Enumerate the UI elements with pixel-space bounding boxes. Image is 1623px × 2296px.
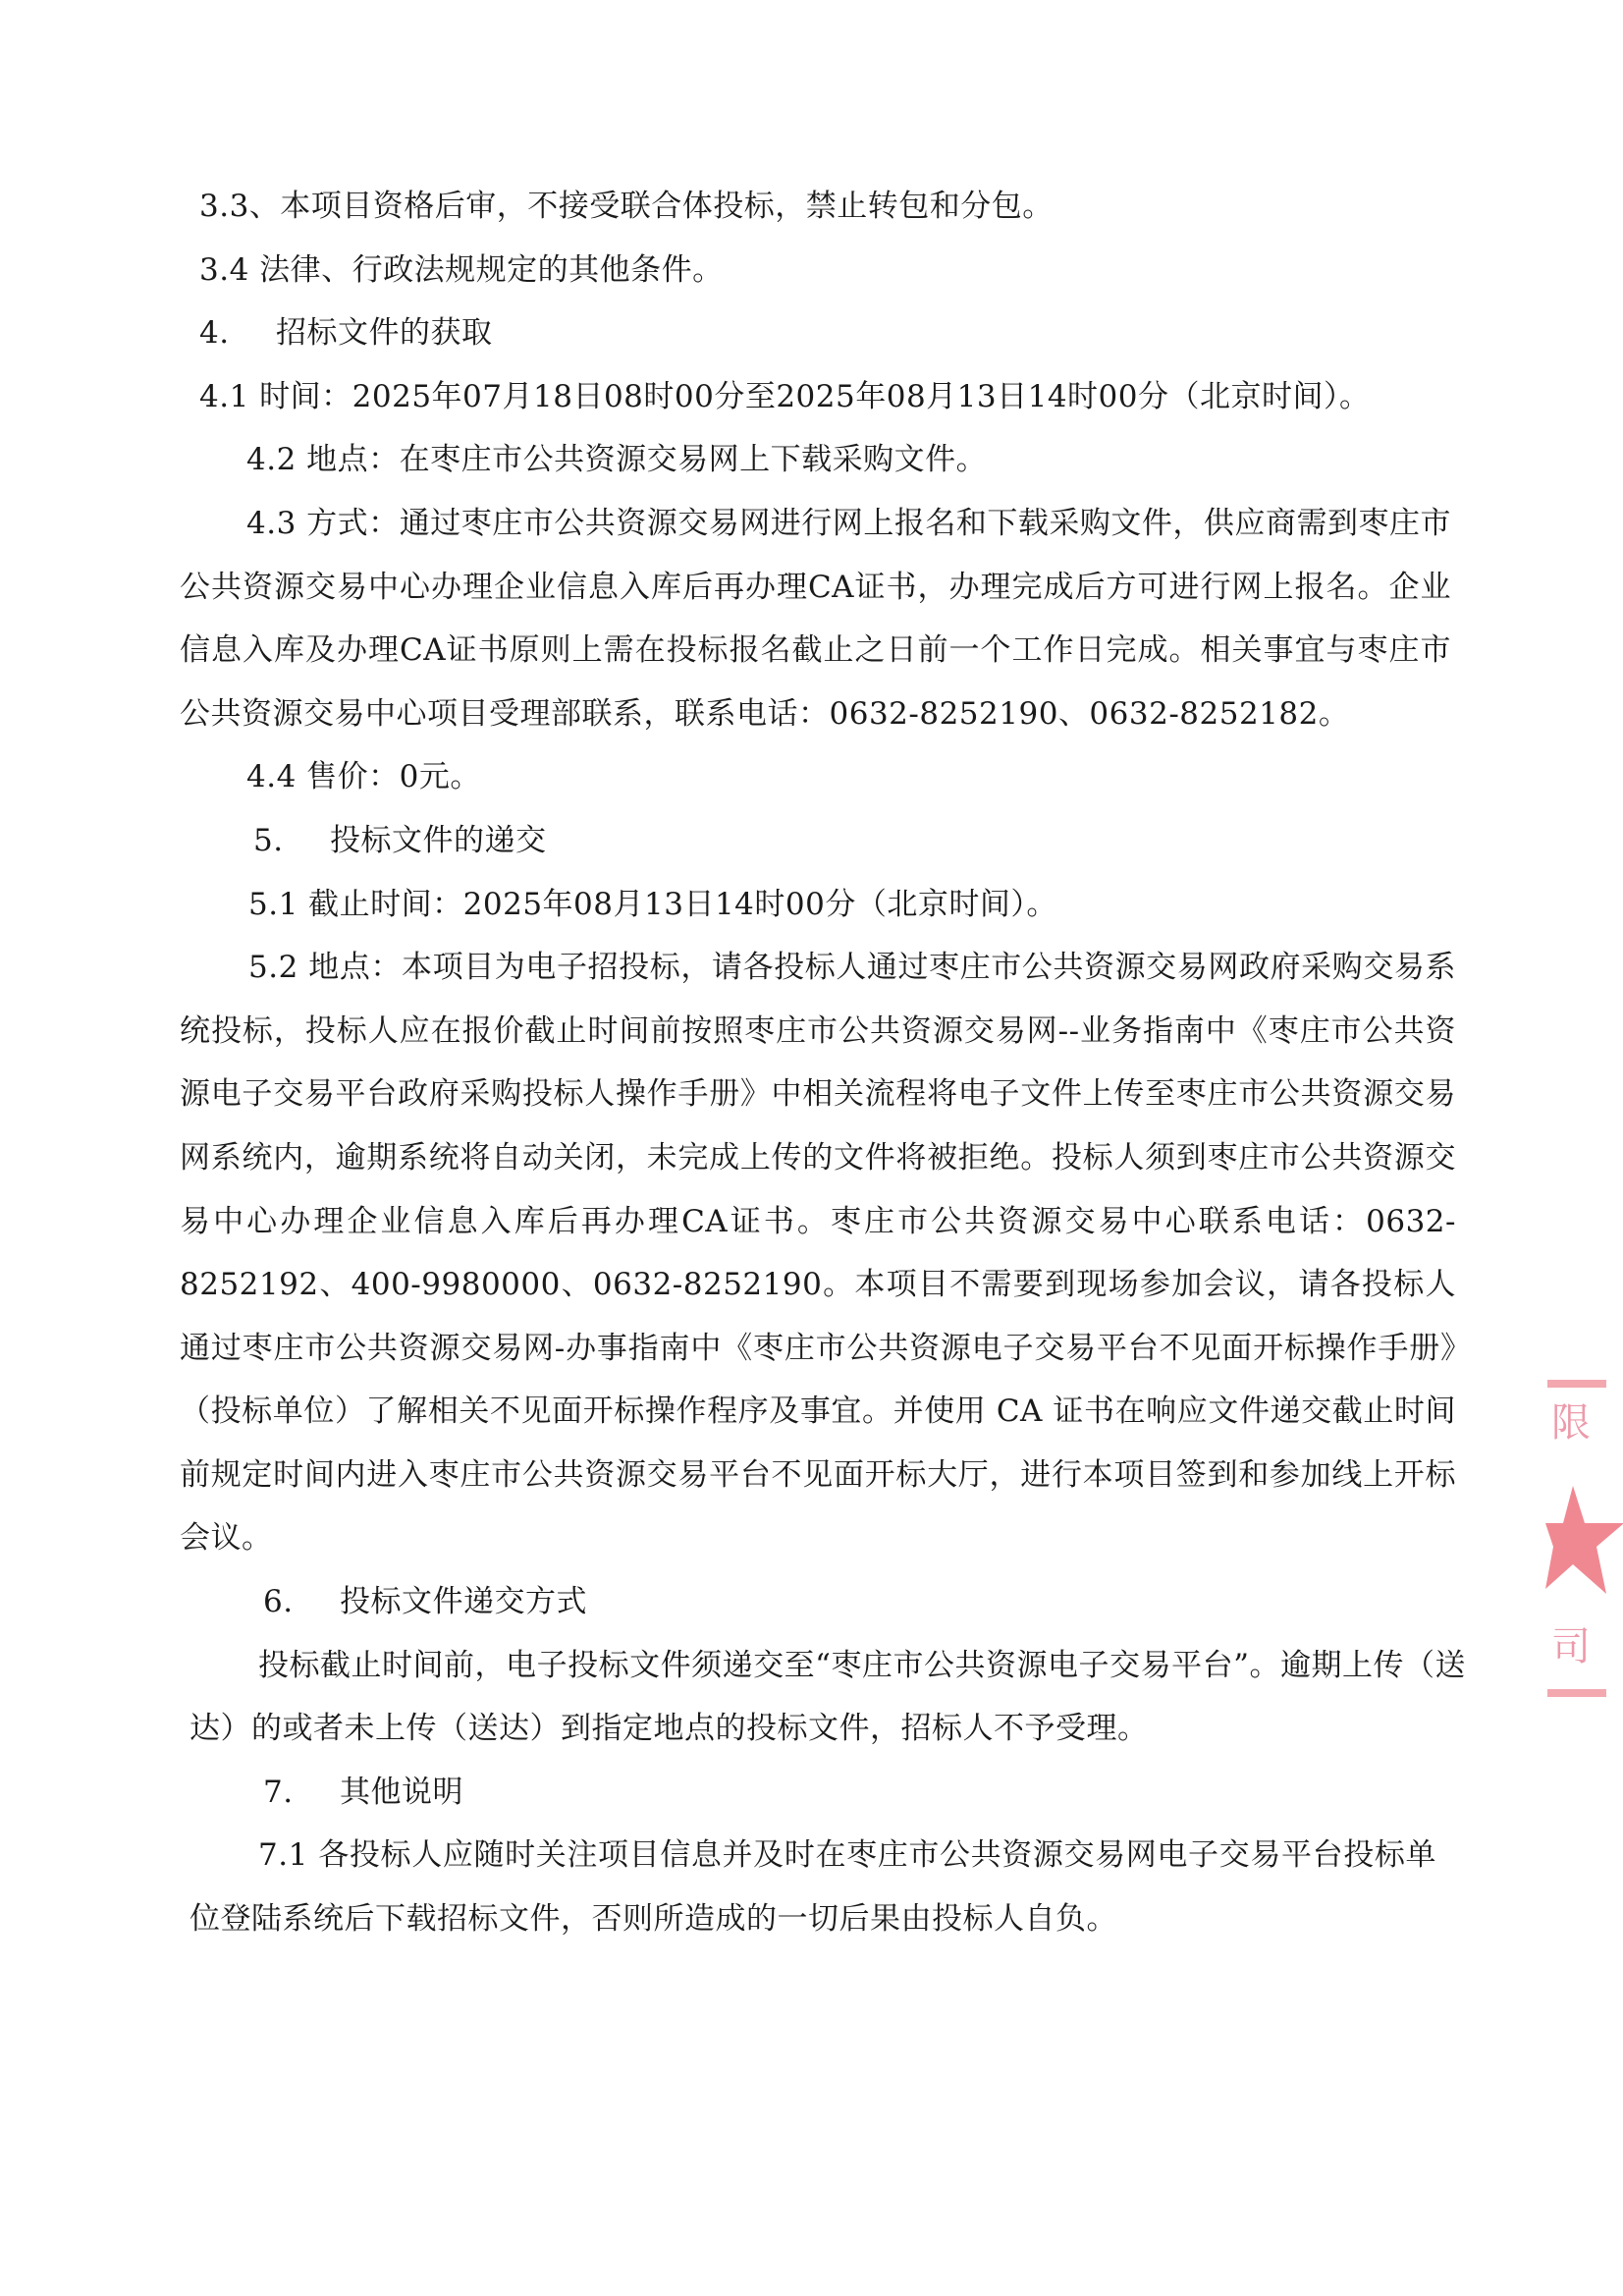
section-5-title: 投标文件的递交 (330, 823, 547, 858)
section-4-number: 4. (199, 301, 276, 365)
section-4-title: 招标文件的获取 (276, 315, 493, 351)
clause-3-3: 3.3、本项目资格后审，不接受联合体投标，禁止转包和分包。 (199, 175, 1451, 239)
clause-5-2: 5.2 地点：本项目为电子招投标，请各投标人通过枣庄市公共资源交易网政府采购交易… (180, 936, 1456, 1570)
company-seal-stamp: 限 司 (1538, 1370, 1623, 1704)
clause-4-3: 4.3 方式：通过枣庄市公共资源交易网进行网上报名和下载采购文件，供应商需到枣庄… (180, 492, 1451, 745)
seal-char-bottom: 司 (1551, 1615, 1591, 1671)
clause-4-1: 4.1 时间：2025年07月18日08时00分至2025年08月13日14时0… (199, 365, 1451, 429)
document-body: 3.3、本项目资格后审，不接受联合体投标，禁止转包和分包。 3.4 法律、行政法… (199, 175, 1451, 1951)
seal-char-top: 限 (1551, 1392, 1591, 1448)
star-icon (1545, 1486, 1623, 1594)
seal-border-top (1547, 1380, 1606, 1388)
section-7-title: 其他说明 (340, 1775, 463, 1810)
section-5-number: 5. (253, 809, 330, 873)
seal-border-bottom (1547, 1689, 1606, 1697)
clause-4-2: 4.2 地点：在枣庄市公共资源交易网上下载采购文件。 (199, 428, 1451, 492)
clause-4-4: 4.4 售价：0元。 (199, 745, 1451, 809)
section-4-heading: 4.招标文件的获取 (199, 301, 1451, 365)
clause-5-1: 5.1 截止时间：2025年08月13日14时00分（北京时间）。 (199, 873, 1451, 937)
section-6-body: 投标截止时间前，电子投标文件须递交至“枣庄市公共资源电子交易平台”。逾期上传（送… (189, 1634, 1466, 1761)
section-6-title: 投标文件递交方式 (340, 1584, 587, 1619)
section-6-number: 6. (263, 1570, 340, 1634)
document-page: 3.3、本项目资格后审，不接受联合体投标，禁止转包和分包。 3.4 法律、行政法… (0, 0, 1623, 2296)
section-7-heading: 7.其他说明 (199, 1761, 1451, 1825)
section-7-number: 7. (263, 1761, 340, 1825)
clause-7-1: 7.1 各投标人应随时关注项目信息并及时在枣庄市公共资源交易网电子交易平台投标单… (189, 1824, 1436, 1950)
clause-3-4: 3.4 法律、行政法规规定的其他条件。 (199, 239, 1451, 302)
section-6-heading: 6.投标文件递交方式 (199, 1570, 1451, 1634)
section-5-heading: 5.投标文件的递交 (199, 809, 1451, 873)
